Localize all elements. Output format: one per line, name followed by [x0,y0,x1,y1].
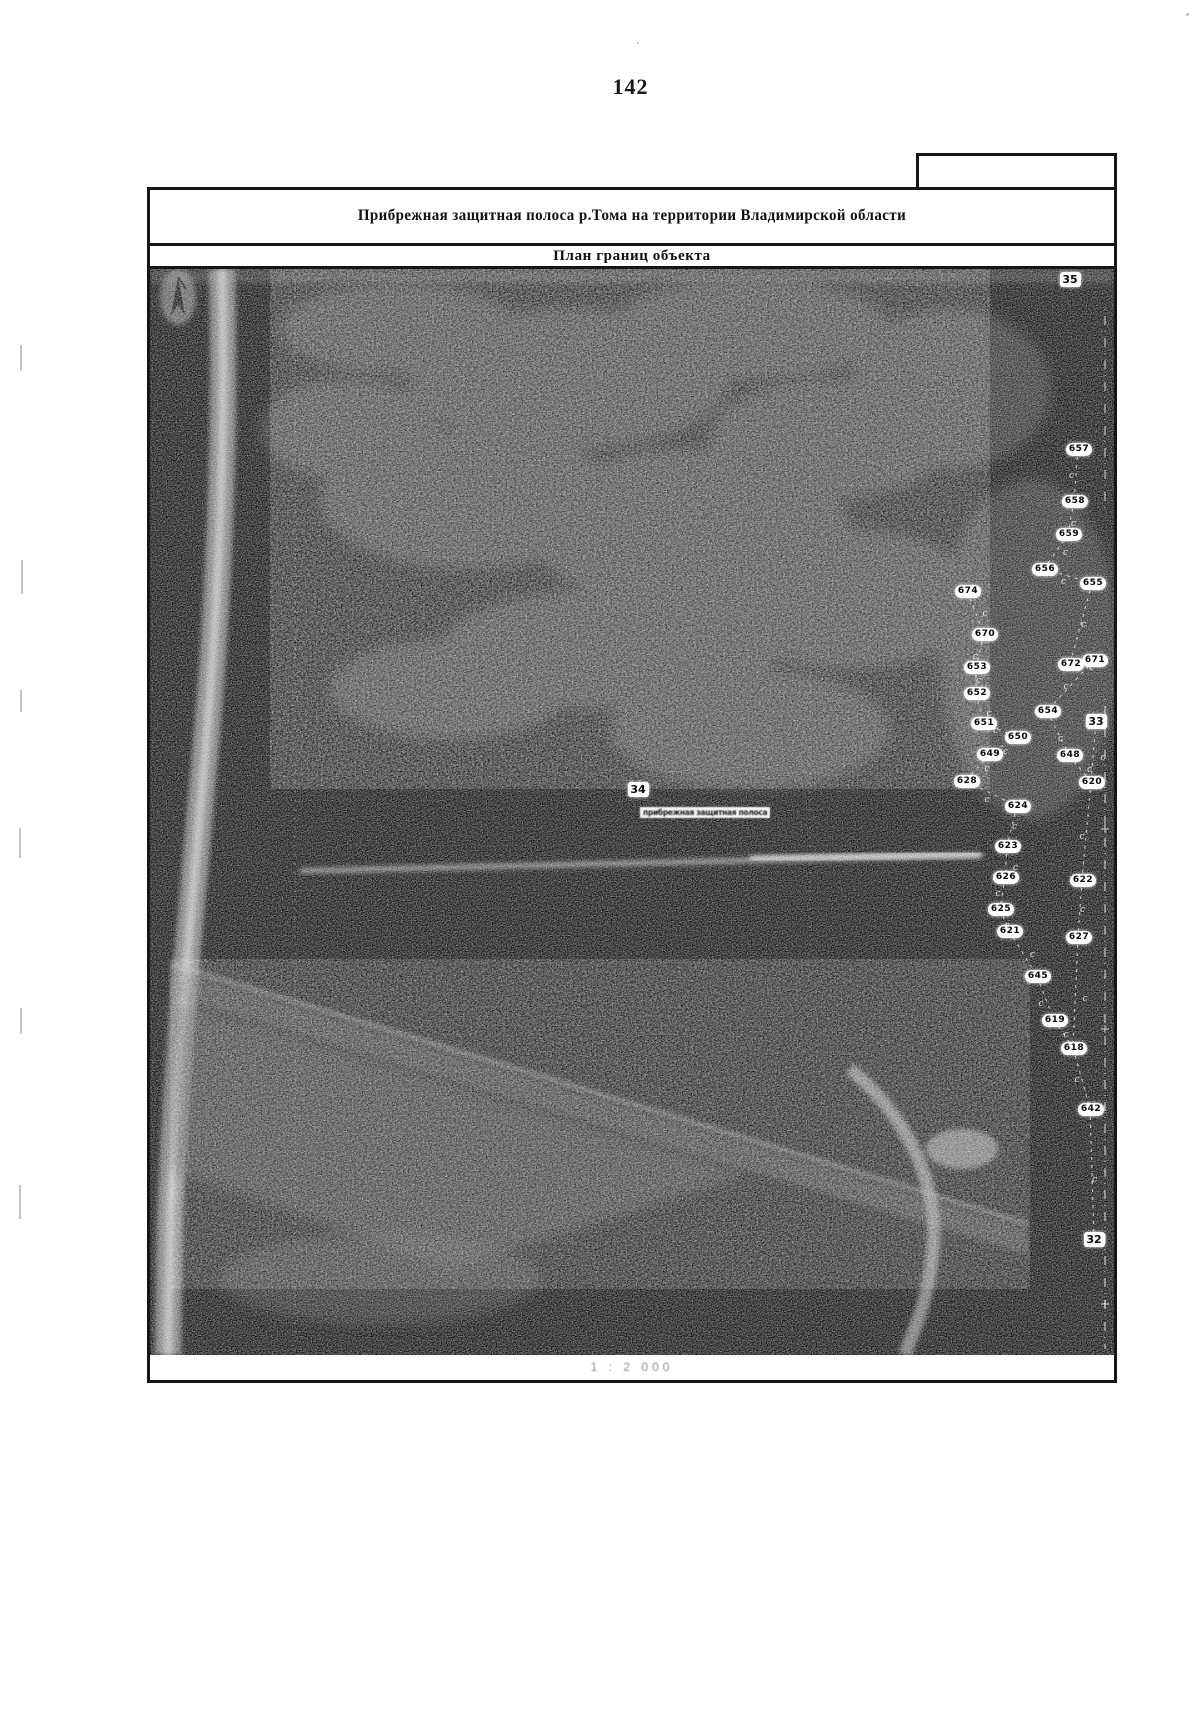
boundary-tick: c [987,709,992,719]
boundary-point-652: 652 [964,687,990,700]
boundary-point-672: 672 [1058,658,1084,671]
boundary-tick: c [1092,1175,1097,1185]
map-canvas: 6576586596566556746706726716536526546516… [150,269,1114,1355]
map-caption: прибрежная защитная полоса [640,807,770,818]
boundary-tick: c [1071,519,1076,529]
boundary-tick: c [973,652,978,662]
boundary-tick: c [1083,994,1088,1004]
scan-speck [1186,13,1189,16]
boundary-point-623: 623 [995,840,1021,853]
boundary-tick: c [985,795,990,805]
boundary-tick: c [1081,620,1086,630]
area-badge-35: 35 [1060,272,1081,287]
boundary-point-658: 658 [1062,495,1088,508]
boundary-points-layer: 6576586596566556746706726716536526546516… [150,269,1114,1355]
boundary-tick: c [1080,905,1085,915]
plan-subtitle: План границ объекта [553,248,710,265]
boundary-tick: c [976,676,981,686]
scale-label: 1 : 2 000 [591,1360,674,1374]
boundary-tick: c [1039,999,1044,1009]
boundary-tick: c [1064,1030,1069,1040]
boundary-point-650: 650 [1005,731,1031,744]
page-number: 142 [147,74,1114,100]
boundary-point-624: 624 [1005,800,1031,813]
boundary-tick: c [1061,577,1066,587]
boundary-tick: c [1064,682,1069,692]
scan-artifact [20,690,22,712]
boundary-tick: c [993,726,998,736]
boundary-tick: c [983,609,988,619]
scan-artifact [20,345,22,371]
stamp-box [916,153,1117,190]
boundary-point-653: 653 [964,661,990,674]
boundary-point-619: 619 [1042,1014,1068,1027]
boundary-tick: c [985,764,990,774]
boundary-point-654: 654 [1035,705,1061,718]
scan-artifact [19,828,21,858]
boundary-point-627: 627 [1066,931,1092,944]
area-badge-34: 34 [628,782,649,797]
boundary-point-655: 655 [1080,577,1106,590]
boundary-tick: c [1063,548,1068,558]
scale-band: 1 : 2 000 [150,1355,1114,1374]
area-badge-33: 33 [1086,714,1107,729]
boundary-point-657: 657 [1066,443,1092,456]
boundary-point-622: 622 [1070,874,1096,887]
scan-speck [637,42,639,44]
boundary-tick: c [1089,663,1094,673]
boundary-tick: c [1069,471,1074,481]
boundary-tick: c [1012,822,1017,832]
scan-artifact [20,1008,22,1034]
plan-title: Прибрежная защитная полоса р.Тома на тер… [358,208,906,226]
boundary-tick: c [1080,832,1085,842]
plan-frame: Прибрежная защитная полоса р.Тома на тер… [147,187,1117,1383]
boundary-point-671: 671 [1082,654,1108,667]
boundary-tick: c [1075,1075,1080,1085]
boundary-tick: c [1058,734,1063,744]
boundary-point-642: 642 [1078,1103,1104,1116]
boundary-point-621: 621 [997,925,1023,938]
boundary-point-670: 670 [972,628,998,641]
document-page: 142 Прибрежная защитная полоса р.Тома на… [0,0,1200,1721]
boundary-tick: c [1087,765,1092,775]
boundary-tick: c [1005,921,1010,931]
boundary-point-645: 645 [1025,970,1051,983]
boundary-tick: c [996,889,1001,899]
title-band: Прибрежная защитная полоса р.Тома на тер… [150,190,1114,246]
boundary-point-628: 628 [954,775,980,788]
boundary-point-648: 648 [1057,749,1083,762]
area-badge-32: 32 [1084,1232,1105,1247]
boundary-point-649: 649 [977,748,1003,761]
boundary-point-656: 656 [1032,563,1058,576]
boundary-tick: c [1013,863,1018,873]
subtitle-band: План границ объекта [150,246,1114,269]
boundary-point-620: 620 [1079,776,1105,789]
boundary-point-674: 674 [955,585,981,598]
boundary-tick: c [1003,747,1008,757]
boundary-tick: c [1101,753,1106,763]
boundary-tick: c [1030,950,1035,960]
boundary-point-618: 618 [1061,1042,1087,1055]
boundary-point-659: 659 [1056,528,1082,541]
scan-artifact [21,560,23,594]
scan-artifact [19,1185,21,1219]
boundary-point-625: 625 [988,903,1014,916]
